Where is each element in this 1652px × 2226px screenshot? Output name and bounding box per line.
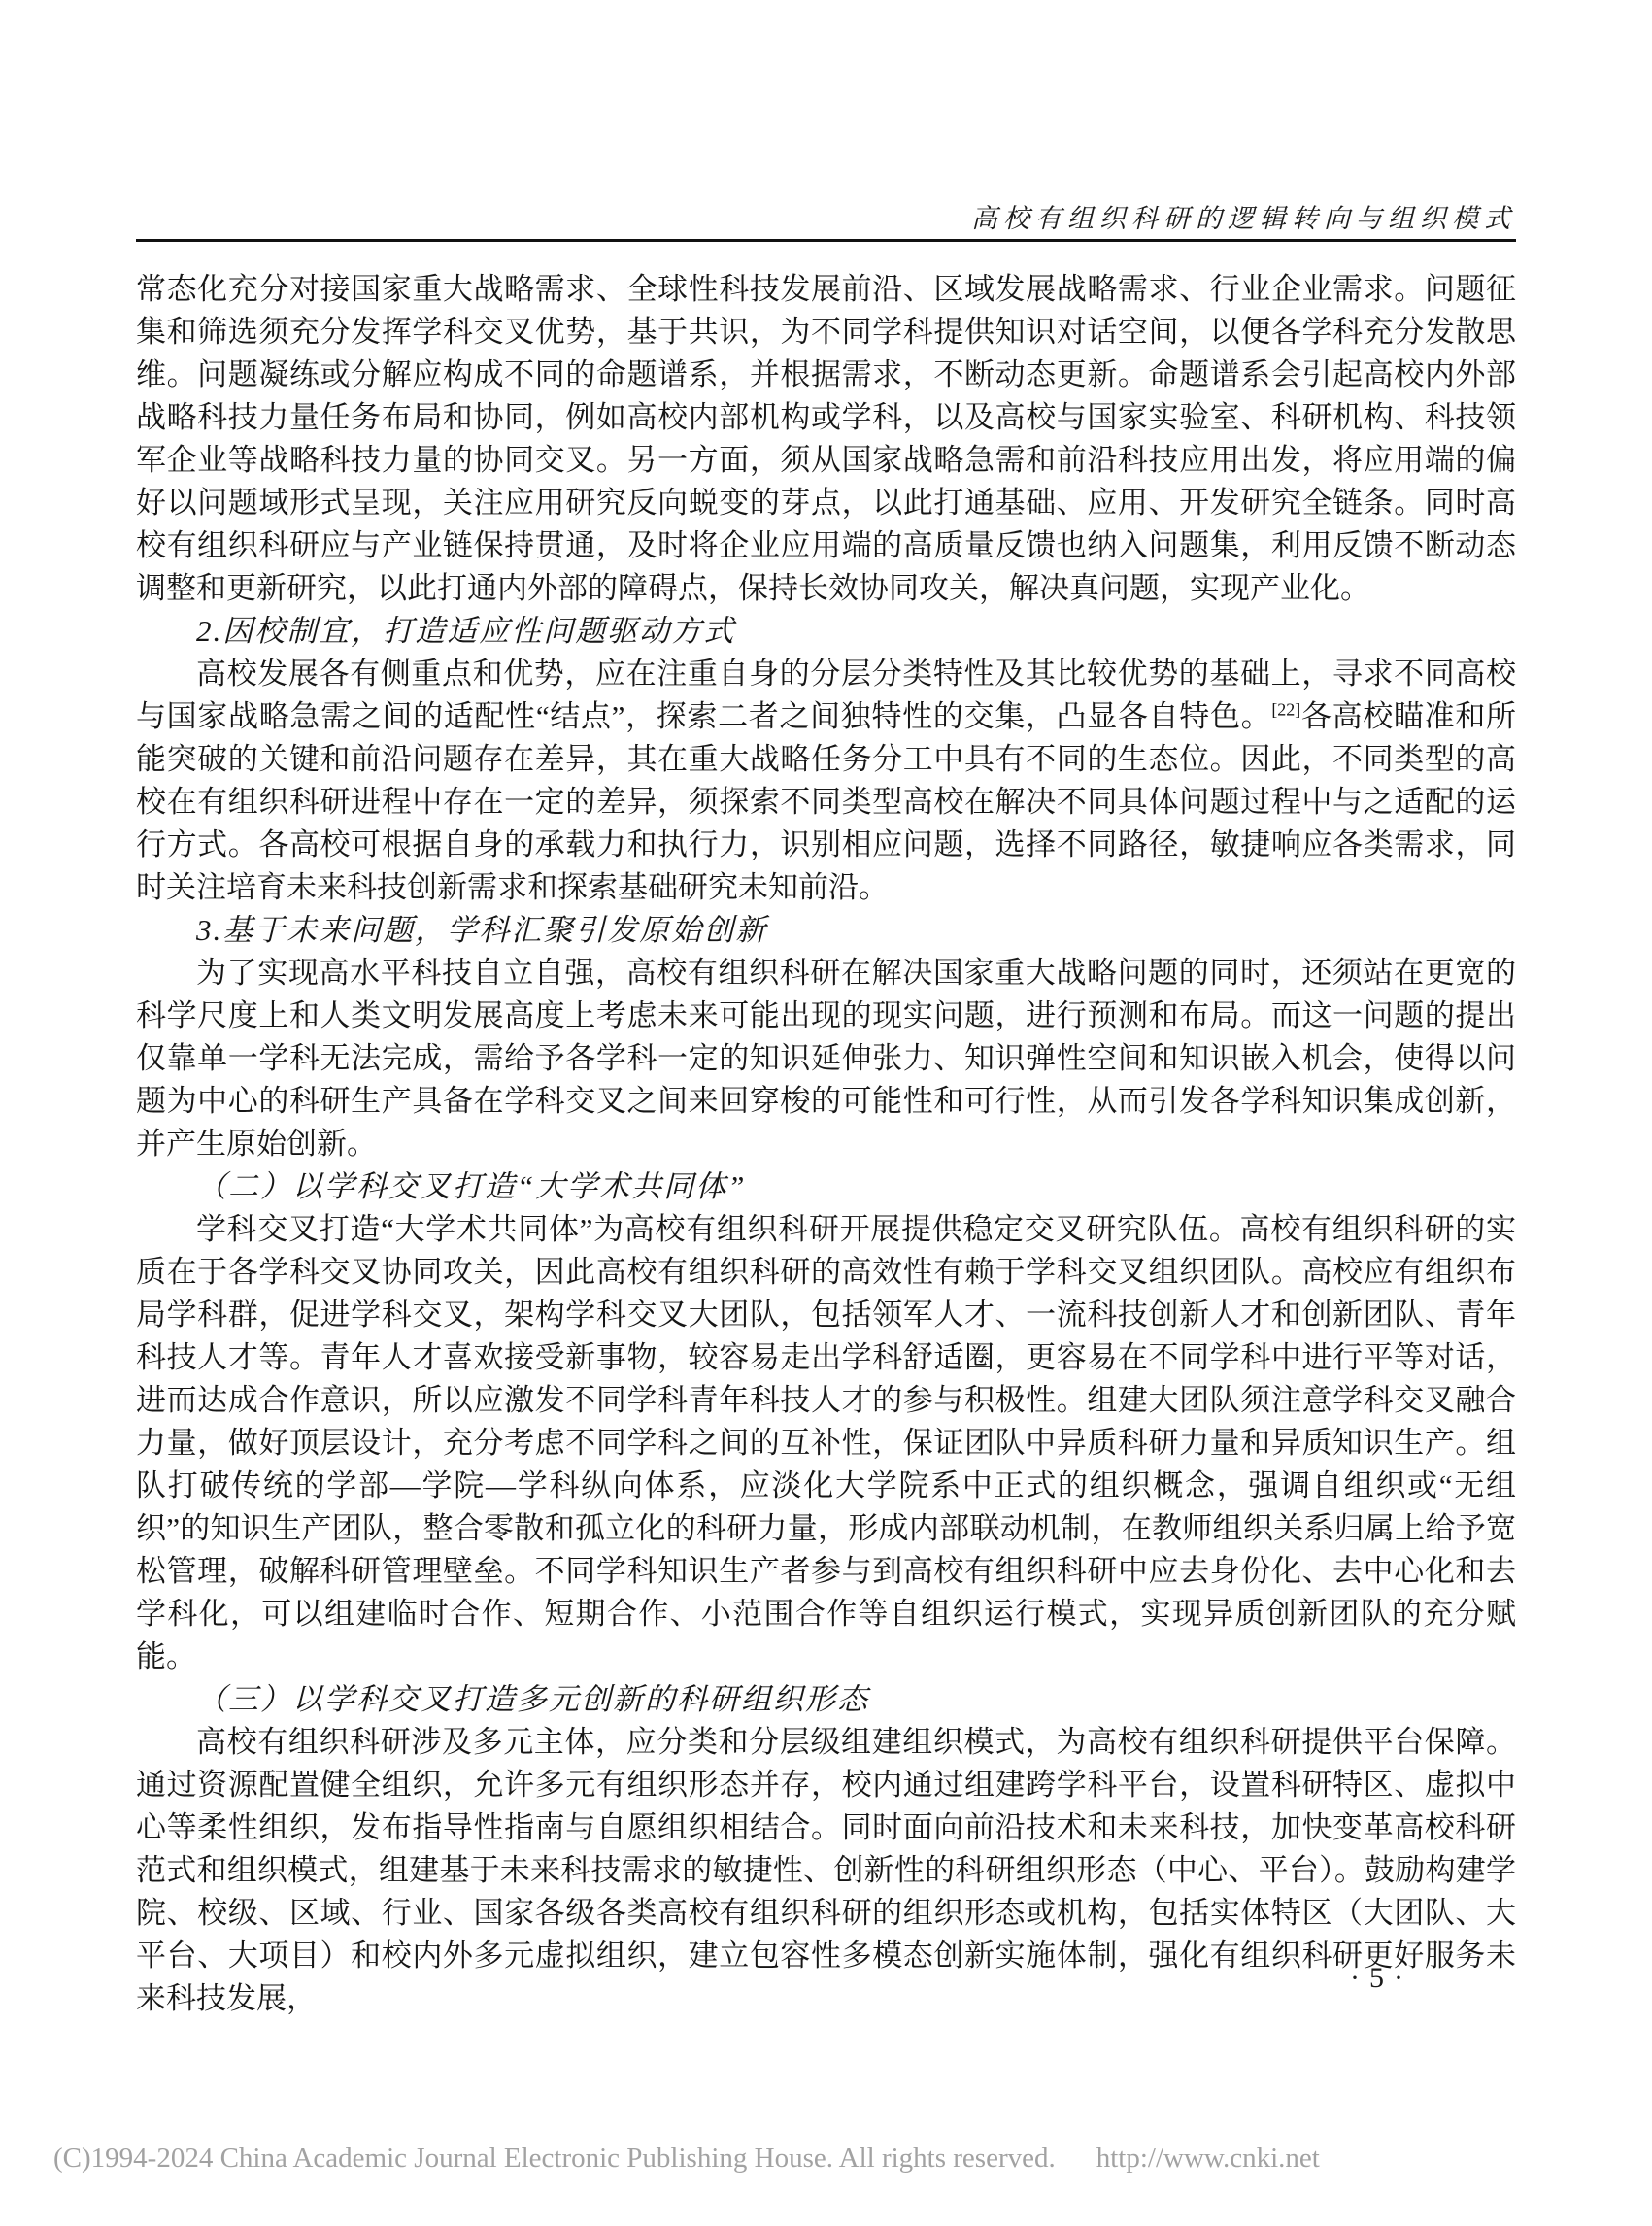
page-number: ·5· [136, 1962, 1516, 1995]
paragraph-text: （三）以学科交叉打造多元创新的科研组织形态 [196, 1682, 869, 1716]
body-paragraph: 高校发展各有侧重点和优势，应在注重自身的分层分类特性及其比较优势的基础上，寻求不… [136, 653, 1516, 909]
paragraph-text: 为了实现高水平科技自立自强，高校有组织科研在解决国家重大战略问题的同时，还须站在… [136, 956, 1516, 1161]
paragraph-text: （二）以学科交叉打造“大学术共同体” [196, 1169, 746, 1203]
section-heading: （三）以学科交叉打造多元创新的科研组织形态 [136, 1678, 1516, 1721]
body-paragraph: 常态化充分对接国家重大战略需求、全球性科技发展前沿、区域发展战略需求、行业企业需… [136, 268, 1516, 610]
cnki-url: http://www.cnki.net [1096, 2142, 1320, 2174]
section-heading: 3.基于未来问题，学科汇聚引发原始创新 [136, 909, 1516, 952]
content-blocks: 常态化充分对接国家重大战略需求、全球性科技发展前沿、区域发展战略需求、行业企业需… [136, 268, 1516, 2020]
paragraph-text: 3.基于未来问题，学科汇聚引发原始创新 [196, 913, 767, 947]
header-rule [136, 239, 1516, 242]
running-head-title: 高校有组织科研的逻辑转向与组织模式 [136, 197, 1516, 235]
copyright-bar: (C)1994-2024 China Academic Journal Elec… [53, 2142, 1599, 2175]
paragraph-text: 常态化充分对接国家重大战略需求、全球性科技发展前沿、区域发展战略需求、行业企业需… [136, 272, 1516, 605]
paragraph-text: 学科交叉打造“大学术共同体”为高校有组织科研开展提供稳定交叉研究队伍。高校有组织… [136, 1212, 1516, 1673]
section-heading: （二）以学科交叉打造“大学术共同体” [136, 1165, 1516, 1208]
section-heading: 2.因校制宜，打造适应性问题驱动方式 [136, 610, 1516, 653]
paragraph-text: 2.因校制宜，打造适应性问题驱动方式 [196, 614, 735, 648]
copyright-text: (C)1994-2024 China Academic Journal Elec… [53, 2142, 1056, 2174]
journal-page: 高校有组织科研的逻辑转向与组织模式 常态化充分对接国家重大战略需求、全球性科技发… [0, 0, 1652, 2226]
body-paragraph: 为了实现高水平科技自立自强，高校有组织科研在解决国家重大战略问题的同时，还须站在… [136, 952, 1516, 1165]
body-paragraph: 学科交叉打造“大学术共同体”为高校有组织科研开展提供稳定交叉研究队伍。高校有组织… [136, 1208, 1516, 1678]
citation-reference: [22] [1271, 700, 1300, 720]
